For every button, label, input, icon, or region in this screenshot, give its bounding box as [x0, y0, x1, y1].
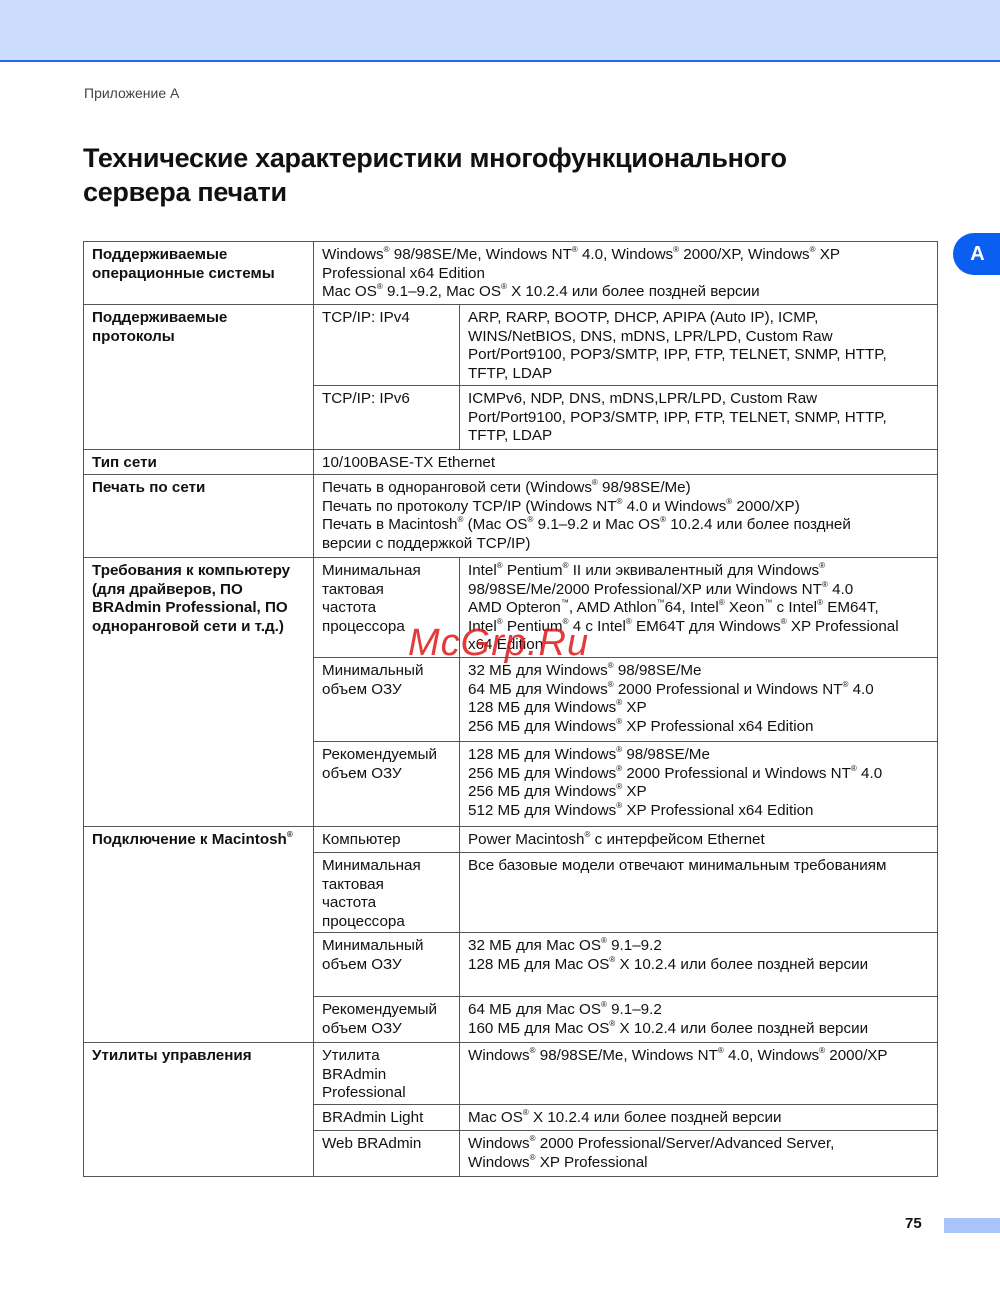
cell-line: Утилиты управления	[92, 1047, 306, 1066]
sub-row-value: ARP, RARP, BOOTP, DHCP, APIPA (Auto IP),…	[459, 304, 938, 386]
cell-line: ICMPv6, NDP, DNS, mDNS,LPR/LPD, Custom R…	[468, 390, 930, 409]
running-head: Приложение A	[84, 85, 179, 101]
sub-row-value: Intel® Pentium® II или эквивалентный для…	[459, 557, 938, 658]
cell-line: Требования к компьютеру	[92, 562, 306, 581]
row-value: Windows® 98/98SE/Me, Windows NT® 4.0, Wi…	[313, 241, 938, 305]
cell-line: 256 МБ для Windows® XP Professional x64 …	[468, 718, 930, 737]
sub-row-value: Mac OS® X 10.2.4 или более поздней верси…	[459, 1104, 938, 1131]
cell-line: ARP, RARP, BOOTP, DHCP, APIPA (Auto IP),…	[468, 309, 930, 328]
cell-line: Подключение к Macintosh®	[92, 831, 306, 850]
cell-line: 256 МБ для Windows® 2000 Professional и …	[468, 765, 930, 784]
cell-line: TFTP, LDAP	[468, 365, 930, 384]
cell-line: 64 МБ для Windows® 2000 Professional и W…	[468, 681, 930, 700]
cell-line: Port/Port9100, POP3/SMTP, IPP, FTP, TELN…	[468, 409, 930, 428]
sub-row-label: BRAdmin Light	[313, 1104, 460, 1131]
sub-row-value: 128 МБ для Windows® 98/98SE/Me256 МБ для…	[459, 741, 938, 827]
cell-line: частота	[322, 599, 452, 618]
cell-line: Печать в одноранговой сети (Windows® 98/…	[322, 479, 930, 498]
cell-line: 32 МБ для Windows® 98/98SE/Me	[468, 662, 930, 681]
cell-line: Все базовые модели отвечают минимальным …	[468, 857, 930, 876]
cell-line: Рекомендуемый	[322, 1001, 452, 1020]
page-title-line-1: Технические характеристики многофункцион…	[83, 141, 923, 175]
cell-line: Professional x64 Edition	[322, 265, 930, 284]
cell-line: операционные системы	[92, 265, 306, 284]
cell-line: 10/100BASE-TX Ethernet	[322, 454, 930, 473]
cell-line: 128 МБ для Windows® XP	[468, 699, 930, 718]
cell-line: объем ОЗУ	[322, 1020, 452, 1039]
cell-line: Port/Port9100, POP3/SMTP, IPP, FTP, TELN…	[468, 346, 930, 365]
cell-line: процессора	[322, 913, 452, 932]
cell-line: Windows® XP Professional	[468, 1154, 930, 1173]
cell-line: 256 МБ для Windows® XP	[468, 783, 930, 802]
sub-row-label: Минимальнаятактоваячастотапроцессора	[313, 557, 460, 658]
cell-line: 128 МБ для Windows® 98/98SE/Me	[468, 746, 930, 765]
cell-line: Mac OS® X 10.2.4 или более поздней верси…	[468, 1109, 930, 1128]
cell-line: Power Macintosh® с интерфейсом Ethernet	[468, 831, 930, 850]
cell-line: Минимальная	[322, 857, 452, 876]
sub-row-label: Минимальныйобъем ОЗУ	[313, 657, 460, 742]
cell-line: Минимальный	[322, 662, 452, 681]
row-label: Требования к компьютеру(для драйверов, П…	[83, 557, 314, 827]
row-value: Печать в одноранговой сети (Windows® 98/…	[313, 474, 938, 558]
row-label: Утилиты управления	[83, 1042, 314, 1177]
cell-line: 160 МБ для Mac OS® X 10.2.4 или более по…	[468, 1020, 930, 1039]
cell-line: Минимальная	[322, 562, 452, 581]
cell-line: Минимальный	[322, 937, 452, 956]
row-label: Тип сети	[83, 449, 314, 475]
cell-line: Печать по протоколу TCP/IP (Windows NT® …	[322, 498, 930, 517]
cell-line: 128 МБ для Mac OS® X 10.2.4 или более по…	[468, 956, 930, 975]
sub-row-value: 32 МБ для Windows® 98/98SE/Me64 МБ для W…	[459, 657, 938, 742]
cell-line: Тип сети	[92, 454, 306, 473]
header-rule	[0, 60, 1000, 62]
cell-line: объем ОЗУ	[322, 681, 452, 700]
cell-line: Windows® 98/98SE/Me, Windows NT® 4.0, Wi…	[322, 246, 930, 265]
cell-line: TCP/IP: IPv6	[322, 390, 452, 409]
cell-line: одноранговой сети и т.д.)	[92, 618, 306, 637]
sub-row-label: TCP/IP: IPv6	[313, 385, 460, 450]
cell-line: Рекомендуемый	[322, 746, 452, 765]
cell-line: (для драйверов, ПО	[92, 581, 306, 600]
cell-line: Intel® Pentium® 4 с Intel® EM64T для Win…	[468, 618, 930, 637]
page-title-line-2: сервера печати	[83, 175, 923, 209]
sub-row-value: Все базовые модели отвечают минимальным …	[459, 852, 938, 933]
cell-line: BRAdmin Professional, ПО	[92, 599, 306, 618]
cell-line: Web BRAdmin	[322, 1135, 452, 1154]
header-band	[0, 0, 1000, 60]
cell-line: Mac OS® 9.1–9.2, Mac OS® X 10.2.4 или бо…	[322, 283, 930, 302]
cell-line: Professional	[322, 1084, 452, 1103]
cell-line: Поддерживаемые	[92, 246, 306, 265]
cell-line: BRAdmin Light	[322, 1109, 452, 1128]
cell-line: x64 Edition	[468, 636, 930, 655]
sub-row-label: Рекомендуемыйобъем ОЗУ	[313, 741, 460, 827]
cell-line: 32 МБ для Mac OS® 9.1–9.2	[468, 937, 930, 956]
sub-row-value: 64 МБ для Mac OS® 9.1–9.2160 МБ для Mac …	[459, 996, 938, 1043]
row-label: Поддерживаемыеоперационные системы	[83, 241, 314, 305]
cell-line: Intel® Pentium® II или эквивалентный для…	[468, 562, 930, 581]
cell-line: Утилита	[322, 1047, 452, 1066]
row-label: Подключение к Macintosh®	[83, 826, 314, 1043]
cell-line: 98/98SE/Me/2000 Professional/XP или Wind…	[468, 581, 930, 600]
cell-line: тактовая	[322, 581, 452, 600]
sub-row-label: Компьютер	[313, 826, 460, 853]
cell-line: объем ОЗУ	[322, 765, 452, 784]
cell-line: TFTP, LDAP	[468, 427, 930, 446]
row-label: Печать по сети	[83, 474, 314, 558]
row-label: Поддерживаемыепротоколы	[83, 304, 314, 450]
sub-row-label: Минимальнаятактоваячастотапроцессора	[313, 852, 460, 933]
sub-row-value: Windows® 2000 Professional/Server/Advanc…	[459, 1130, 938, 1177]
sub-row-value: ICMPv6, NDP, DNS, mDNS,LPR/LPD, Custom R…	[459, 385, 938, 450]
cell-line: Печать по сети	[92, 479, 306, 498]
cell-line: частота	[322, 894, 452, 913]
cell-line: протоколы	[92, 328, 306, 347]
cell-line: Печать в Macintosh® (Mac OS® 9.1–9.2 и M…	[322, 516, 930, 535]
cell-line: тактовая	[322, 876, 452, 895]
cell-line: Windows® 98/98SE/Me, Windows NT® 4.0, Wi…	[468, 1047, 930, 1066]
cell-line: BRAdmin	[322, 1066, 452, 1085]
sub-row-label: Минимальныйобъем ОЗУ	[313, 932, 460, 997]
sub-row-label: TCP/IP: IPv4	[313, 304, 460, 386]
page-number: 75	[905, 1215, 922, 1232]
row-value: 10/100BASE-TX Ethernet	[313, 449, 938, 475]
sub-row-value: Windows® 98/98SE/Me, Windows NT® 4.0, Wi…	[459, 1042, 938, 1105]
sub-row-label: Web BRAdmin	[313, 1130, 460, 1177]
page-number-bar	[944, 1218, 1000, 1233]
cell-line: версии с поддержкой TCP/IP)	[322, 535, 930, 554]
chapter-tab[interactable]: A	[953, 233, 1000, 275]
cell-line: процессора	[322, 618, 452, 637]
cell-line: TCP/IP: IPv4	[322, 309, 452, 328]
cell-line: объем ОЗУ	[322, 956, 452, 975]
sub-row-value: 32 МБ для Mac OS® 9.1–9.2128 МБ для Mac …	[459, 932, 938, 997]
cell-line: 64 МБ для Mac OS® 9.1–9.2	[468, 1001, 930, 1020]
cell-line: 512 МБ для Windows® XP Professional x64 …	[468, 802, 930, 821]
cell-line: AMD Opteron™, AMD Athlon™64, Intel® Xeon…	[468, 599, 930, 618]
cell-line: WINS/NetBIOS, DNS, mDNS, LPR/LPD, Custom…	[468, 328, 930, 347]
cell-line: Компьютер	[322, 831, 452, 850]
cell-line: Поддерживаемые	[92, 309, 306, 328]
sub-row-value: Power Macintosh® с интерфейсом Ethernet	[459, 826, 938, 853]
sub-row-label: УтилитаBRAdminProfessional	[313, 1042, 460, 1105]
cell-line: Windows® 2000 Professional/Server/Advanc…	[468, 1135, 930, 1154]
page-title: Технические характеристики многофункцион…	[83, 141, 923, 209]
sub-row-label: Рекомендуемыйобъем ОЗУ	[313, 996, 460, 1043]
